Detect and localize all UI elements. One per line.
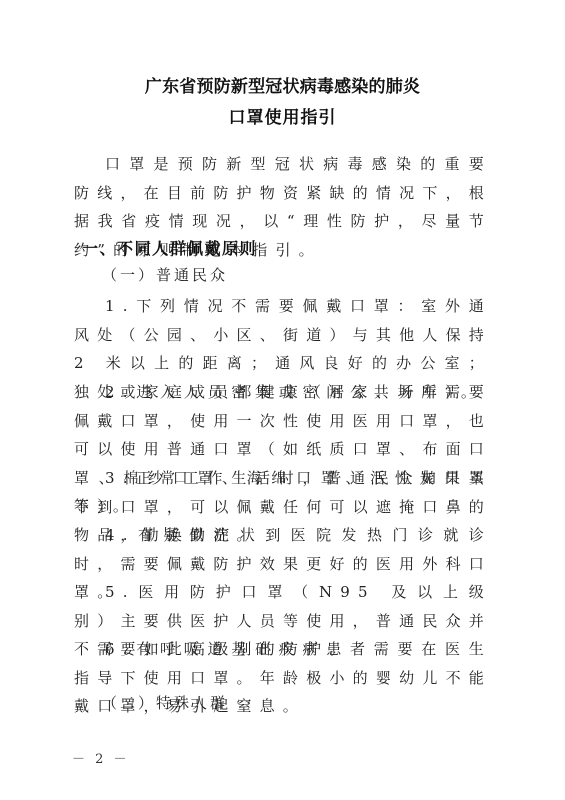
- subsection-heading-special-groups: （二）特殊人群: [102, 692, 228, 713]
- subsection-heading-general-public: （一）普通民众: [102, 264, 228, 285]
- page-number: － 2 －: [72, 748, 130, 767]
- document-title-line-2: 口罩使用指引: [0, 103, 565, 128]
- section-heading-principles: 一、不同人群佩戴原则: [82, 236, 257, 259]
- document-page: 广东省预防新型冠状病毒感染的肺炎 口罩使用指引 口罩是预防新型冠状病毒感染的重要…: [0, 0, 565, 800]
- document-title-line-1: 广东省预防新型冠状病毒感染的肺炎: [0, 72, 565, 97]
